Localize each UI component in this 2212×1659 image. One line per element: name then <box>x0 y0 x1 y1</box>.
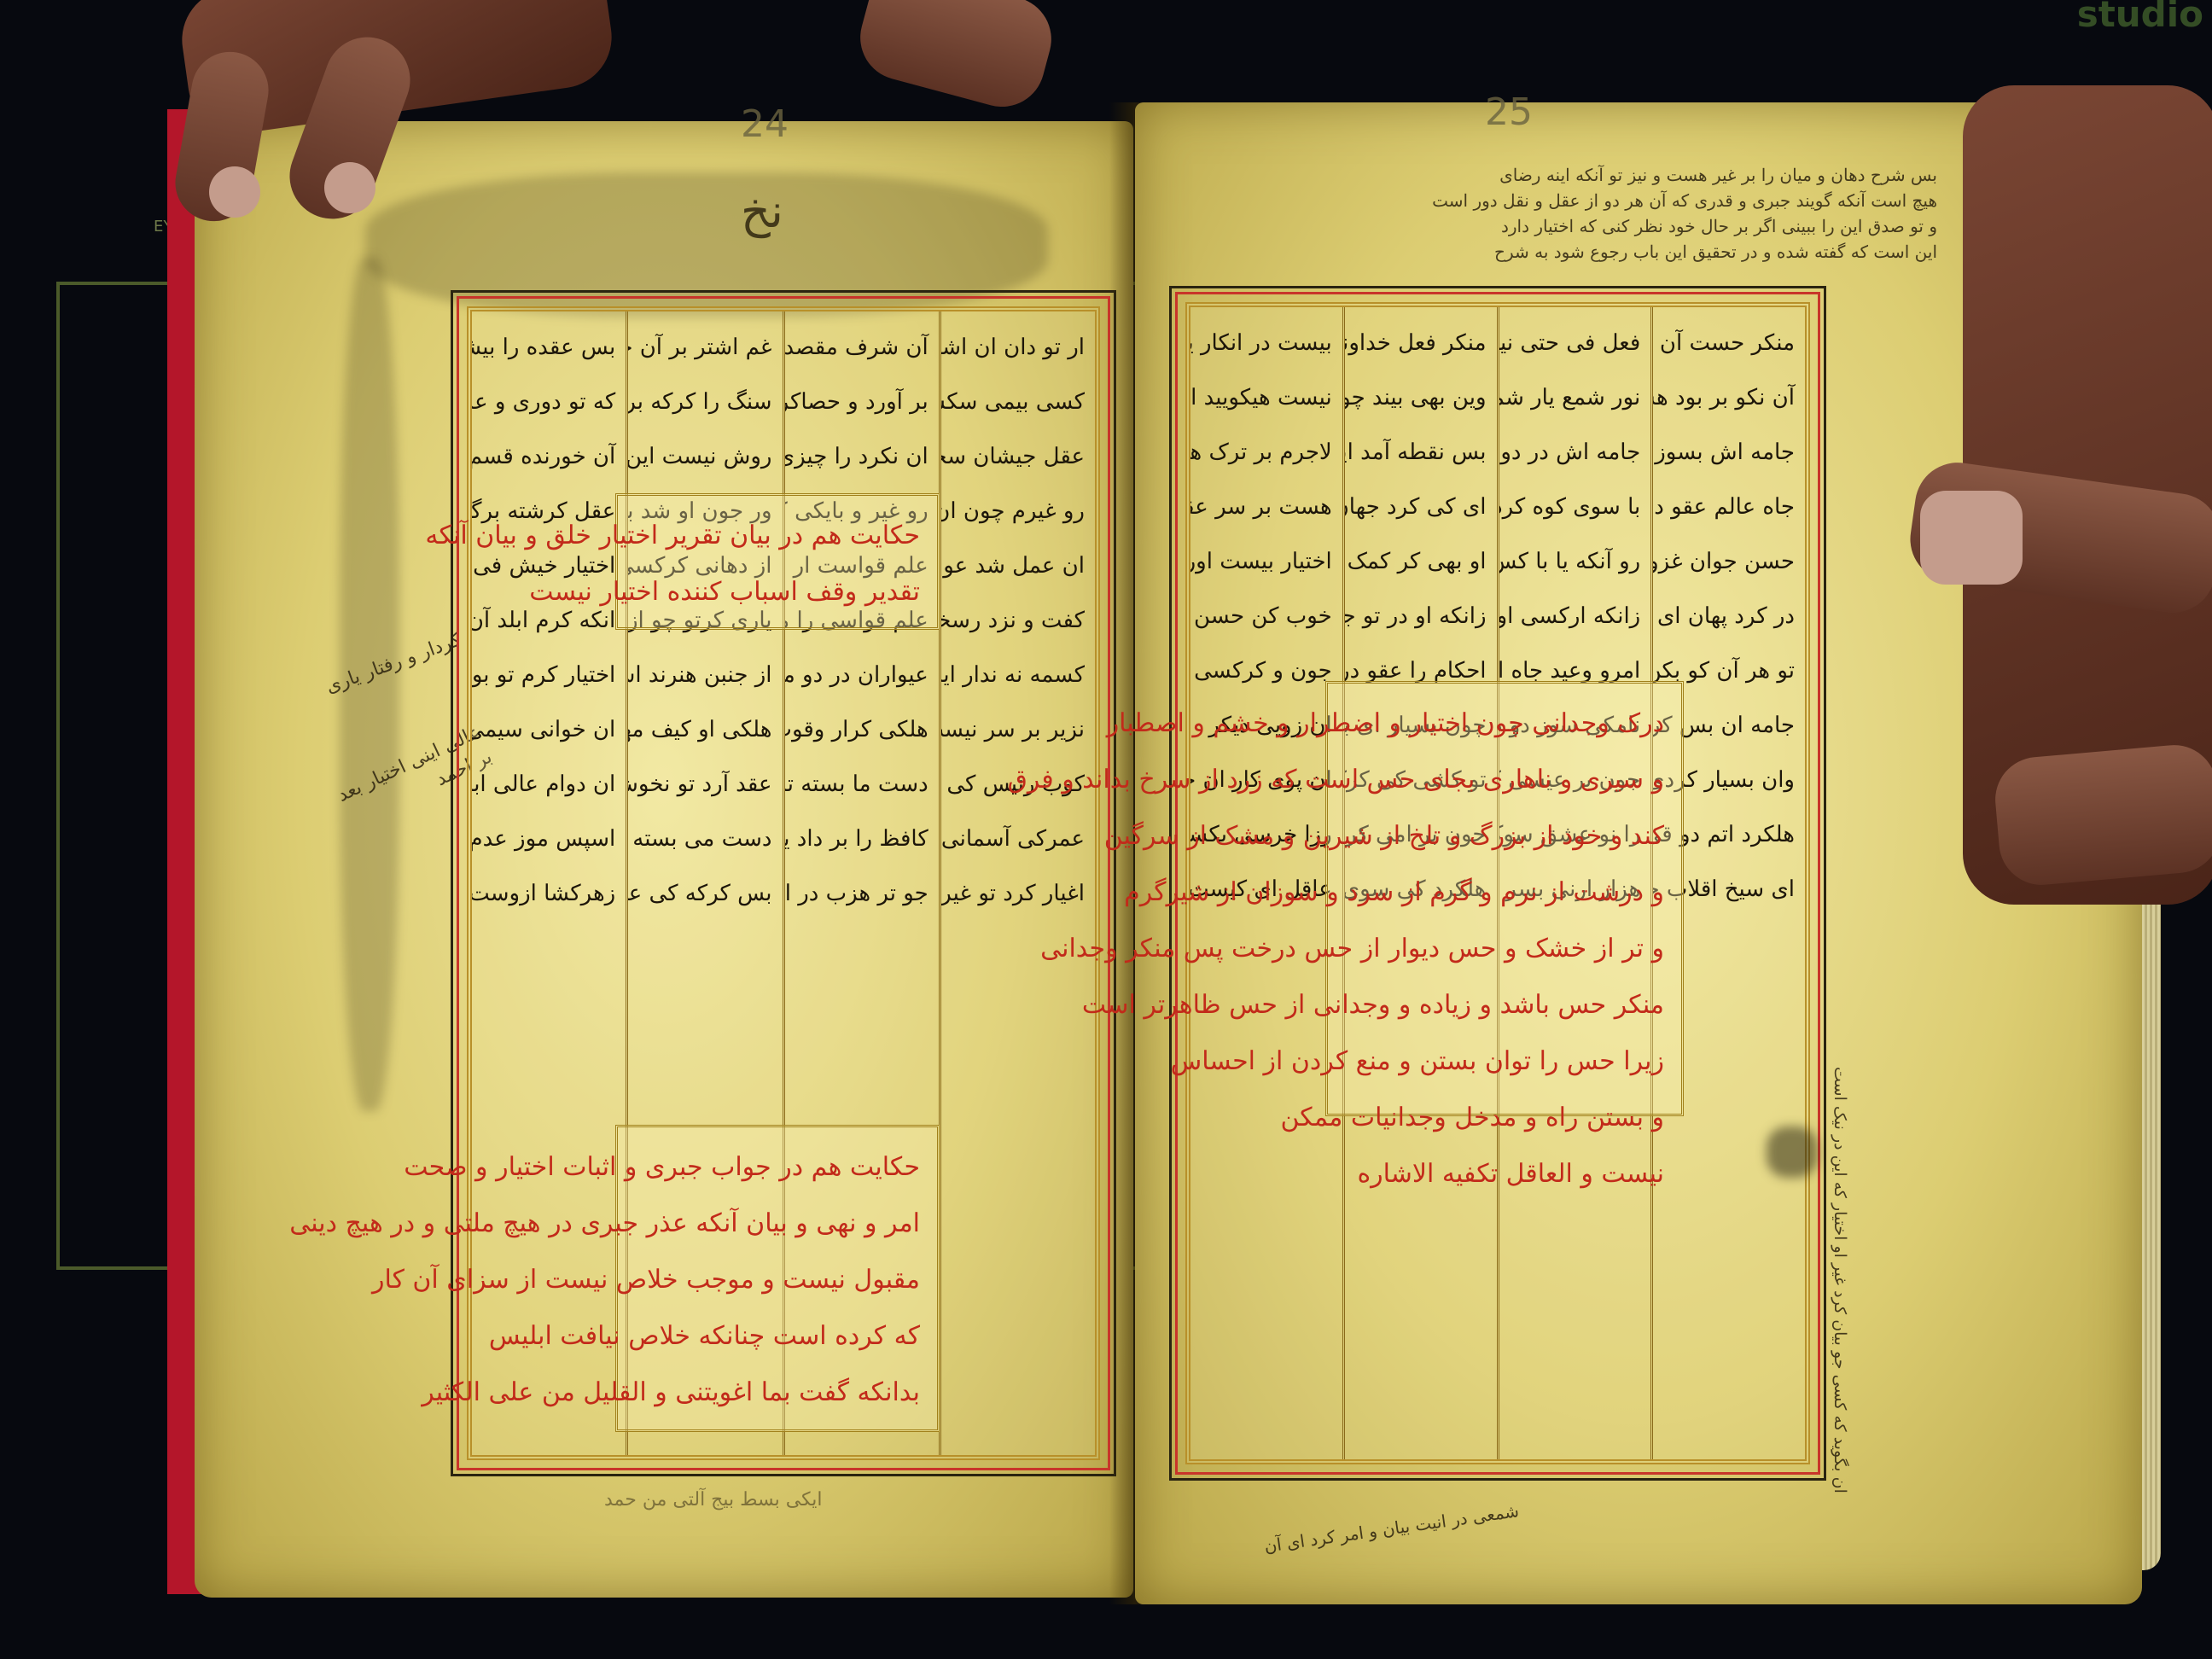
corner-watermark: studio <box>2077 0 2203 35</box>
left-page: 24 نخ کردار و رفتار یاری عالی اینی اختیا… <box>195 121 1133 1598</box>
right-side-margin-note: ان بگوید که کسی جو بیان کرد غیر او اختیا… <box>1826 299 1854 1493</box>
ink-stain <box>1767 1126 1818 1178</box>
fingernail <box>1920 491 2023 585</box>
folio-number-left: 24 <box>741 102 789 146</box>
text-column: ار تو دان ان اشتر را هین شدکسی بیمی سکسی… <box>939 311 1095 1455</box>
red-rubric-block: درک وجدانی چون اختیار و اضطرار و خشم و ا… <box>1325 681 1684 1116</box>
fingernail <box>209 166 260 218</box>
catchword: ایکی بسط بیج آلتی من حمد <box>604 1487 822 1514</box>
text-frame-left: ار تو دان ان اشتر را هین شدکسی بیمی سکسی… <box>451 290 1116 1476</box>
top-margin-notes: بس شرح دهان و میان را بر غیر هست و نیز ت… <box>1169 162 1937 265</box>
bottom-margin-note: شمعی در انیت بیان و امر کرد ای آن <box>1262 1497 1521 1560</box>
red-rubric-heading: حکایت هم در جواب جبری و اثبات اختیار و ص… <box>615 1125 940 1432</box>
text-frame-right: منکر حست آن مرد قدآن نکو بر بود هست و یا… <box>1169 286 1826 1481</box>
thumb-top <box>851 0 1061 116</box>
right-finger <box>1992 742 2212 888</box>
folio-number-right: 25 <box>1485 90 1533 134</box>
fingernail <box>324 162 375 213</box>
red-rubric-heading: حکایت هم در بیان تقریر اختیار خلق و بیان… <box>615 493 940 630</box>
